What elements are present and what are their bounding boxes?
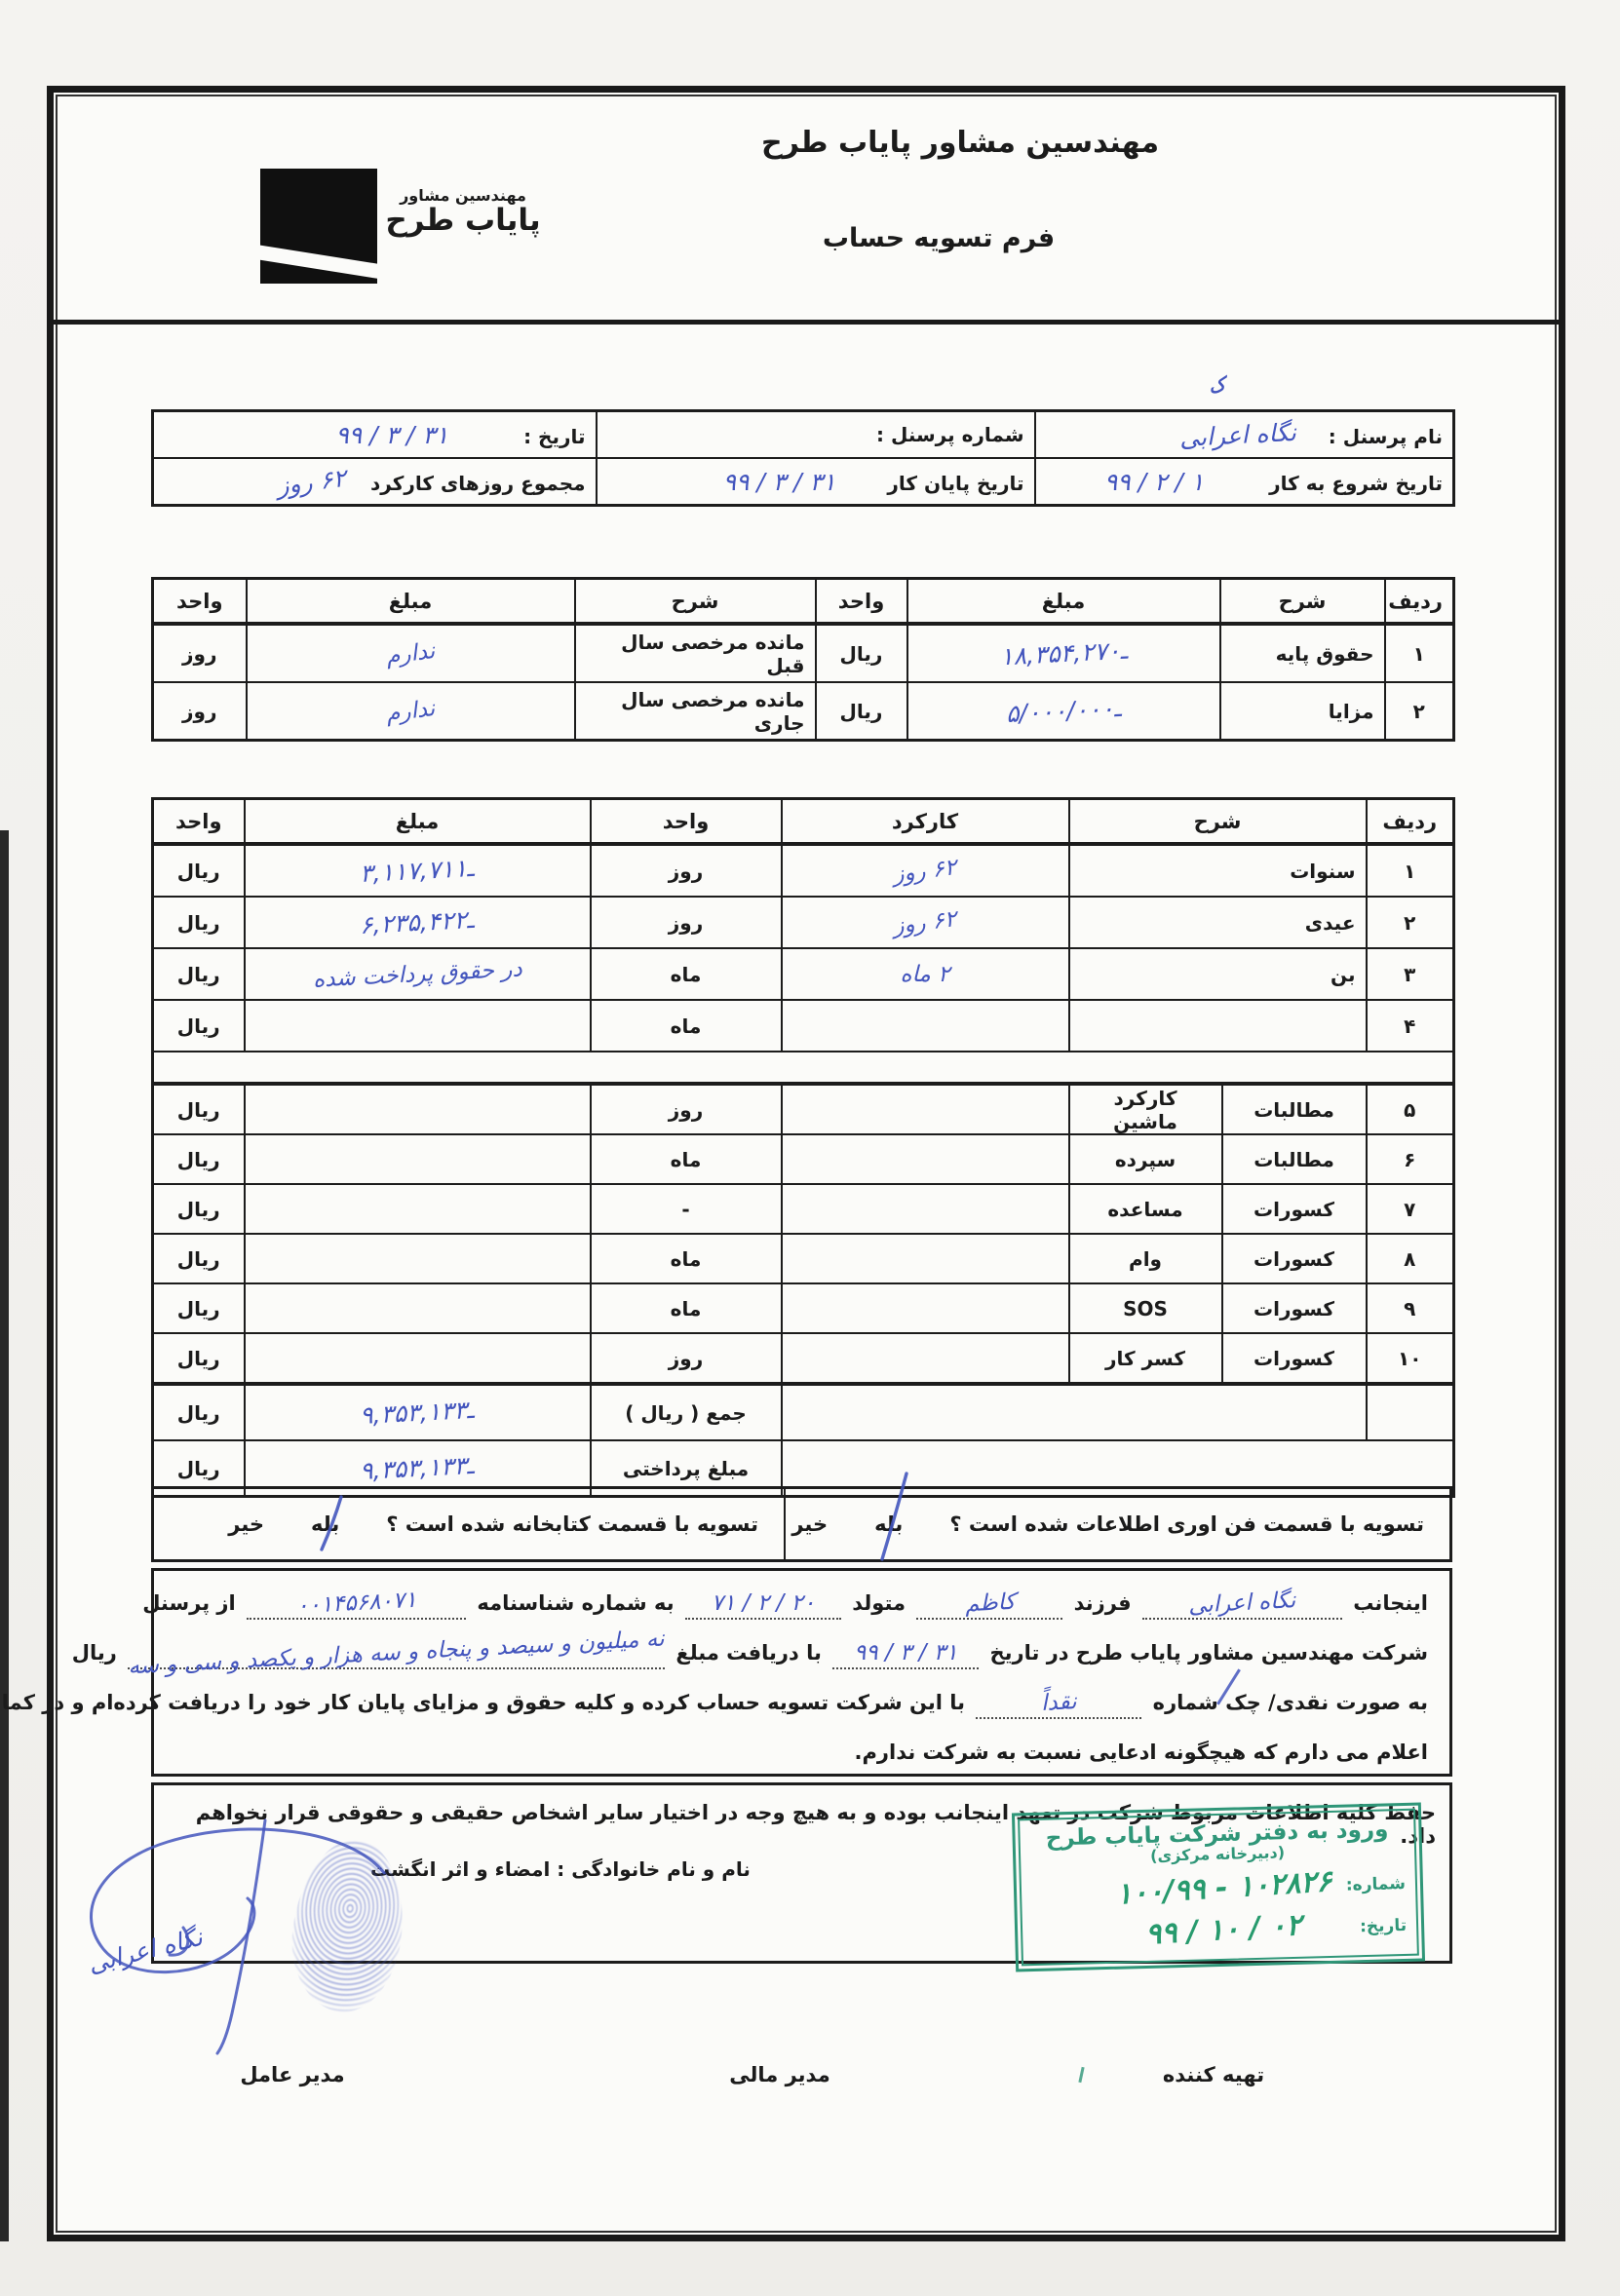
row-desc xyxy=(1069,1000,1367,1052)
row-amount-2: ندارم xyxy=(247,624,575,682)
col-unit: واحد xyxy=(816,579,907,625)
table-row: ۸ کسورات وام ماه ریال xyxy=(153,1234,1454,1283)
row-number: ۱ xyxy=(1385,624,1454,682)
row-unit-2: ریال xyxy=(153,1000,245,1052)
work-days-label: مجموع روزهای کارکرد xyxy=(370,472,586,495)
stamp-outer-border: ورود به دفتر شرکت پایاب طرح (دبیرخانه مر… xyxy=(1012,1803,1425,1972)
library-clearance-cell: تسویه با قسمت کتابخانه شده است ؟ بله خیر xyxy=(154,1489,784,1559)
empty-cell xyxy=(1367,1384,1454,1440)
stamp-number-value: ۱۰۰/۹۹ - ۱۰۲۸۲۶ xyxy=(1115,1864,1332,1911)
row-number: ۴ xyxy=(1367,1000,1454,1052)
spacer-row xyxy=(153,1052,1454,1084)
table-row: ۹ کسورات SOS ماه ریال xyxy=(153,1283,1454,1333)
row-unit: روز xyxy=(591,1333,782,1384)
work-days-cell: مجموع روزهای کارکرد ۶۲ روز xyxy=(153,458,597,506)
cheque-word-struck: چک xyxy=(1225,1678,1261,1728)
table-row: نام پرسنل : نگاه اعرابی شماره پرسنل : تا… xyxy=(153,411,1454,459)
footer-role-prepared-by: تهیه کننده xyxy=(1136,2063,1292,2086)
row-number: ۵ xyxy=(1367,1084,1454,1134)
row-category: کسورات xyxy=(1222,1283,1367,1333)
row-desc: سنوات xyxy=(1069,844,1367,897)
declaration-line-4: اعلام می دارم که هیچگونه ادعایی نسبت به … xyxy=(175,1728,1428,1778)
row-unit: ماه xyxy=(591,1134,782,1184)
row-number: ۱۰ xyxy=(1367,1333,1454,1384)
col-row-number: ردیف xyxy=(1385,579,1454,625)
table-header-row: ردیف شرح مبلغ واحد شرح مبلغ واحد xyxy=(153,579,1454,625)
stamp-number-label: شماره: xyxy=(1346,1873,1407,1894)
row-work xyxy=(782,1184,1069,1234)
logo-line2: پایاب طرح xyxy=(375,203,551,238)
row-unit: روز xyxy=(591,844,782,897)
row-number: ۷ xyxy=(1367,1184,1454,1234)
row-desc: حقوق پایه xyxy=(1220,624,1385,682)
amount-words-fill-field: نه میلیون و سیصد و پنجاه و سه هزار و یکص… xyxy=(128,1638,665,1669)
document-frame: مهندسین مشاور پایاب طرح مهندسین مشاور پا… xyxy=(47,86,1565,2241)
total-unit: ریال xyxy=(153,1384,245,1440)
stamp-date-value: ۹۹ / ۱۰ / ۰۲ xyxy=(1144,1908,1302,1952)
row-category: کسورات xyxy=(1222,1333,1367,1384)
row-unit: ریال xyxy=(816,682,907,741)
table-row: ۵ مطالبات کارکرد ماشین روز ریال xyxy=(153,1084,1454,1134)
row-number: ۱ xyxy=(1367,844,1454,897)
col-work: کارکرد xyxy=(782,799,1069,845)
stamp-number-row: شماره: ۱۰۰/۹۹ - ۱۰۲۸۲۶ xyxy=(1031,1866,1407,1910)
row-item: کسر کار xyxy=(1069,1333,1222,1384)
row-item: SOS xyxy=(1069,1283,1222,1333)
col-unit: واحد xyxy=(591,799,782,845)
row-work: ۶۲ روز xyxy=(782,844,1069,897)
row-unit: ریال xyxy=(816,624,907,682)
row-unit: - xyxy=(591,1184,782,1234)
document-body: مهندسین مشاور پایاب طرح مهندسین مشاور پا… xyxy=(54,93,1559,2235)
row-number: ۲ xyxy=(1385,682,1454,741)
footer-role-ceo: مدیر عامل xyxy=(214,2063,370,2086)
personnel-number-label: شماره پرسنل : xyxy=(876,423,1023,446)
father-fill-field: کاظم xyxy=(916,1588,1062,1620)
salary-leave-table: ردیف شرح مبلغ واحد شرح مبلغ واحد ۱ حقوق … xyxy=(151,577,1455,742)
row-unit-2: ریال xyxy=(153,1184,245,1234)
row-unit-2: ریال xyxy=(153,948,245,1000)
it-yes-option: بله xyxy=(874,1512,903,1536)
row-category: مطالبات xyxy=(1222,1134,1367,1184)
personnel-name-label: نام پرسنل : xyxy=(1329,425,1443,448)
end-date-label: تاریخ پایان کار xyxy=(887,472,1023,495)
row-work xyxy=(782,1333,1069,1384)
stamp-date-label: تاریخ: xyxy=(1360,1915,1408,1935)
row-category: کسورات xyxy=(1222,1234,1367,1283)
personnel-info-table: نام پرسنل : نگاه اعرابی شماره پرسنل : تا… xyxy=(151,409,1455,507)
col-description: شرح xyxy=(1220,579,1385,625)
date-fill-field: ۹۹ / ۳ / ۳۱ xyxy=(832,1638,979,1669)
page-title: مهندسین مشاور پایاب طرح xyxy=(736,126,1184,160)
header-divider xyxy=(54,320,1559,325)
stamp-date-row: تاریخ: ۹۹ / ۱۰ / ۰۲ xyxy=(1032,1908,1408,1952)
row-desc-2: مانده مرخصی سال قبل xyxy=(575,624,816,682)
row-unit: ماه xyxy=(591,1283,782,1333)
it-clearance-cell: تسویه با قسمت فن اوری اطلاعات شده است ؟ … xyxy=(784,1489,1449,1559)
library-clearance-question: تسویه با قسمت کتابخانه شده است ؟ xyxy=(386,1512,758,1536)
it-no-option: خیر xyxy=(791,1512,828,1536)
end-date-cell: تاریخ پایان کار ۹۹ / ۳ / ۳۱ xyxy=(597,458,1035,506)
row-number: ۸ xyxy=(1367,1234,1454,1283)
it-clearance-question: تسویه با قسمت فن اوری اطلاعات شده است ؟ xyxy=(949,1512,1424,1536)
name-fill-field: نگاه اعرابی xyxy=(1142,1588,1342,1620)
form-date-label: تاریخ : xyxy=(523,425,585,448)
row-unit: روز xyxy=(591,1084,782,1134)
row-amount xyxy=(245,1184,591,1234)
declaration-line-3: به صورت نقدی/ چک شماره نقداً با این شرکت… xyxy=(175,1678,1428,1728)
row-amount: ـ۱۸,۳۵۴,۲۷۰ xyxy=(907,624,1220,682)
row-desc: بن xyxy=(1069,948,1367,1000)
row-amount-2: ندارم xyxy=(247,682,575,741)
row-unit-2: ریال xyxy=(153,844,245,897)
company-logo-text: مهندسین مشاور پایاب طرح xyxy=(375,186,551,238)
row-item: سپرده xyxy=(1069,1134,1222,1184)
declaration-box: اینجانب نگاه اعرابی فرزند کاظم متولد ۷۱ … xyxy=(151,1568,1452,1777)
row-number: ۹ xyxy=(1367,1283,1454,1333)
row-amount: در حقوق پرداخت شده xyxy=(245,948,591,1000)
row-work xyxy=(782,1234,1069,1283)
cash-fill-field: نقداً xyxy=(976,1688,1141,1719)
row-amount xyxy=(245,1000,591,1052)
table-row: ۳ بن ۲ ماه ماه در حقوق پرداخت شده ریال xyxy=(153,948,1454,1000)
row-unit-2: روز xyxy=(153,682,247,741)
total-row: جمع ( ریال ) ـ۹,۳۵۳,۱۳۳ ریال xyxy=(153,1384,1454,1440)
clearance-row: تسویه با قسمت فن اوری اطلاعات شده است ؟ … xyxy=(151,1486,1452,1562)
row-item: مساعده xyxy=(1069,1184,1222,1234)
scan-edge-shadow xyxy=(0,830,9,2241)
row-desc: عیدی xyxy=(1069,897,1367,948)
row-work xyxy=(782,1084,1069,1134)
table-header-row: ردیف شرح کارکرد واحد مبلغ واحد xyxy=(153,799,1454,845)
start-date-cell: تاریخ شروع به کار ۹۹ / ۲ / ۱ xyxy=(1035,458,1454,506)
row-work xyxy=(782,1134,1069,1184)
settlement-items-table: ردیف شرح کارکرد واحد مبلغ واحد ۱ سنوات ۶… xyxy=(151,797,1455,1498)
col-amount: مبلغ xyxy=(907,579,1220,625)
footer-role-finance-manager: مدیر مالی xyxy=(702,2063,858,2086)
table-row: ۷ کسورات مساعده - ریال xyxy=(153,1184,1454,1234)
start-date-label: تاریخ شروع به کار xyxy=(1269,472,1443,495)
total-label: جمع ( ریال ) xyxy=(591,1384,782,1440)
row-amount xyxy=(245,1283,591,1333)
row-amount: ـ۵/۰۰۰/۰۰۰ xyxy=(907,682,1220,741)
stamp-inner-border: ورود به دفتر شرکت پایاب طرح (دبیرخانه مر… xyxy=(1018,1809,1419,1967)
row-desc: مزایا xyxy=(1220,682,1385,741)
logo-stripe-icon xyxy=(260,244,377,281)
table-row: تاریخ شروع به کار ۹۹ / ۲ / ۱ تاریخ پایان… xyxy=(153,458,1454,506)
office-entry-stamp: ورود به دفتر شرکت پایاب طرح (دبیرخانه مر… xyxy=(1012,1803,1425,1972)
row-amount xyxy=(245,1333,591,1384)
row-unit-2: ریال xyxy=(153,897,245,948)
table-row: ۶ مطالبات سپرده ماه ریال xyxy=(153,1134,1454,1184)
col-amount-2: مبلغ xyxy=(247,579,575,625)
row-number: ۳ xyxy=(1367,948,1454,1000)
end-date-value: ۹۹ / ۳ / ۳۱ xyxy=(723,468,836,496)
row-unit: روز xyxy=(591,897,782,948)
empty-cell xyxy=(782,1384,1367,1440)
table-row: ۴ ماه ریال xyxy=(153,1000,1454,1052)
company-logo-mark xyxy=(260,169,377,284)
table-row: ۱ حقوق پایه ـ۱۸,۳۵۴,۲۷۰ ریال مانده مرخصی… xyxy=(153,624,1454,682)
work-days-value: ۶۲ روز xyxy=(275,463,347,499)
table-row: ۱۰ کسورات کسر کار روز ریال xyxy=(153,1333,1454,1384)
col-description-2: شرح xyxy=(575,579,816,625)
row-unit-2: ریال xyxy=(153,1283,245,1333)
row-category: کسورات xyxy=(1222,1184,1367,1234)
col-unit-2: واحد xyxy=(153,579,247,625)
form-date-cell: تاریخ : ۹۹ / ۳ / ۳۱ xyxy=(153,411,597,459)
total-amount: ـ۹,۳۵۳,۱۳۳ xyxy=(245,1384,591,1440)
row-unit-2: روز xyxy=(153,624,247,682)
col-unit-2: واحد xyxy=(153,799,245,845)
row-amount: ـ۳,۱۱۷,۷۱۱ xyxy=(245,844,591,897)
start-date-value: ۹۹ / ۲ / ۱ xyxy=(1104,468,1204,496)
row-category: مطالبات xyxy=(1222,1084,1367,1134)
handwritten-correction-mark: ک xyxy=(1207,373,1227,398)
form-date-value: ۹۹ / ۳ / ۳۱ xyxy=(335,421,448,449)
stray-ink-mark xyxy=(1078,2067,1084,2083)
declaration-line-1: اینجانب نگاه اعرابی فرزند کاظم متولد ۷۱ … xyxy=(175,1579,1428,1628)
row-amount xyxy=(245,1234,591,1283)
personnel-name-value: نگاه اعرابی xyxy=(1178,417,1296,451)
col-row-number: ردیف xyxy=(1367,799,1454,845)
signature-label: نام و نام خانوادگی : امضاء و اثر انگشت xyxy=(370,1857,751,1881)
row-amount xyxy=(245,1134,591,1184)
personnel-name-cell: نام پرسنل : نگاه اعرابی xyxy=(1035,411,1454,459)
table-row: ۲ مزایا ـ۵/۰۰۰/۰۰۰ ریال مانده مرخصی سال … xyxy=(153,682,1454,741)
col-amount: مبلغ xyxy=(245,799,591,845)
personnel-number-cell: شماره پرسنل : xyxy=(597,411,1035,459)
row-work xyxy=(782,1283,1069,1333)
row-amount xyxy=(245,1084,591,1134)
row-work xyxy=(782,1000,1069,1052)
row-unit: ماه xyxy=(591,948,782,1000)
row-unit: ماه xyxy=(591,1000,782,1052)
col-description: شرح xyxy=(1069,799,1367,845)
row-item: وام xyxy=(1069,1234,1222,1283)
row-unit: ماه xyxy=(591,1234,782,1283)
birth-fill-field: ۷۱ / ۲ / ۲۰ xyxy=(685,1588,841,1620)
library-yes-option: بله xyxy=(311,1512,339,1536)
library-no-option: خیر xyxy=(228,1512,264,1536)
row-unit-2: ریال xyxy=(153,1234,245,1283)
row-unit-2: ریال xyxy=(153,1084,245,1134)
row-work: ۶۲ روز xyxy=(782,897,1069,948)
row-desc-2: مانده مرخصی سال جاری xyxy=(575,682,816,741)
row-amount: ـ۶,۲۳۵,۴۲۲ xyxy=(245,897,591,948)
row-item: کارکرد ماشین xyxy=(1069,1084,1222,1134)
row-work: ۲ ماه xyxy=(782,948,1069,1000)
table-row: ۲ عیدی ۶۲ روز روز ـ۶,۲۳۵,۴۲۲ ریال xyxy=(153,897,1454,948)
row-unit-2: ریال xyxy=(153,1333,245,1384)
row-unit-2: ریال xyxy=(153,1134,245,1184)
form-title: فرم تسویه حساب xyxy=(763,223,1114,253)
row-number: ۶ xyxy=(1367,1134,1454,1184)
id-fill-field: ۰۰۱۴۵۶۸۰۷۱ xyxy=(247,1588,466,1620)
row-number: ۲ xyxy=(1367,897,1454,948)
table-row: ۱ سنوات ۶۲ روز روز ـ۳,۱۱۷,۷۱۱ ریال xyxy=(153,844,1454,897)
